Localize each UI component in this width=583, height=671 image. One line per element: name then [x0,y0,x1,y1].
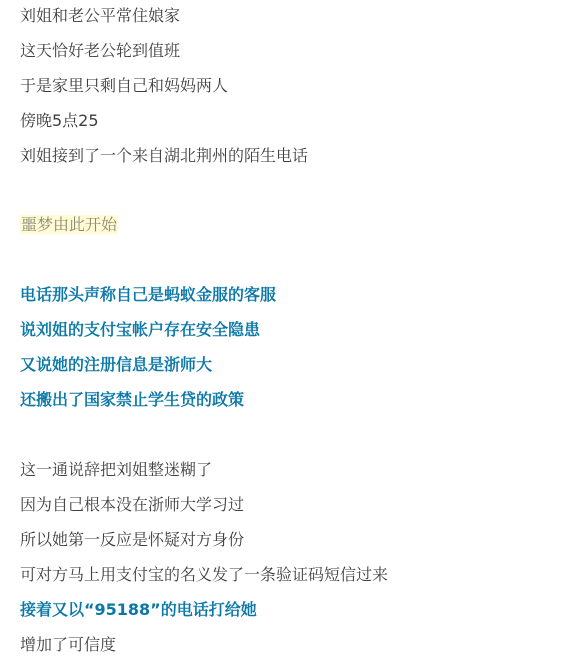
paragraph-line: 因为自己根本没在浙师大学习过 [20,494,244,516]
emphasis-line: 还搬出了国家禁止学生贷的政策 [20,389,244,411]
paragraph-line: 这一通说辞把刘姐整迷糊了 [20,459,212,481]
paragraph-line: 刘姐和老公平常住娘家 [20,5,180,27]
emphasis-line: 说刘姐的支付宝帐户存在安全隐患 [20,319,260,341]
paragraph-line: 傍晚5点25 [20,110,99,132]
paragraph-line: 于是家里只剩自己和妈妈两人 [20,75,228,97]
paragraph-line: 所以她第一反应是怀疑对方身份 [20,529,244,551]
paragraph-line: 可对方马上用支付宝的名义发了一条验证码短信过来 [20,564,388,586]
paragraph-line: 增加了可信度 [20,634,116,656]
paragraph-line: 刘姐接到了一个来自湖北荆州的陌生电话 [20,145,308,167]
emphasis-line: 电话那头声称自己是蚂蚁金服的客服 [20,284,276,306]
highlight-text: 噩梦由此开始 [20,215,118,234]
emphasis-line: 接着又以“95188”的电话打给她 [20,599,257,621]
highlighted-heading: 噩梦由此开始 [20,214,118,236]
emphasis-line: 又说她的注册信息是浙师大 [20,354,212,376]
paragraph-line: 这天恰好老公轮到值班 [20,40,180,62]
